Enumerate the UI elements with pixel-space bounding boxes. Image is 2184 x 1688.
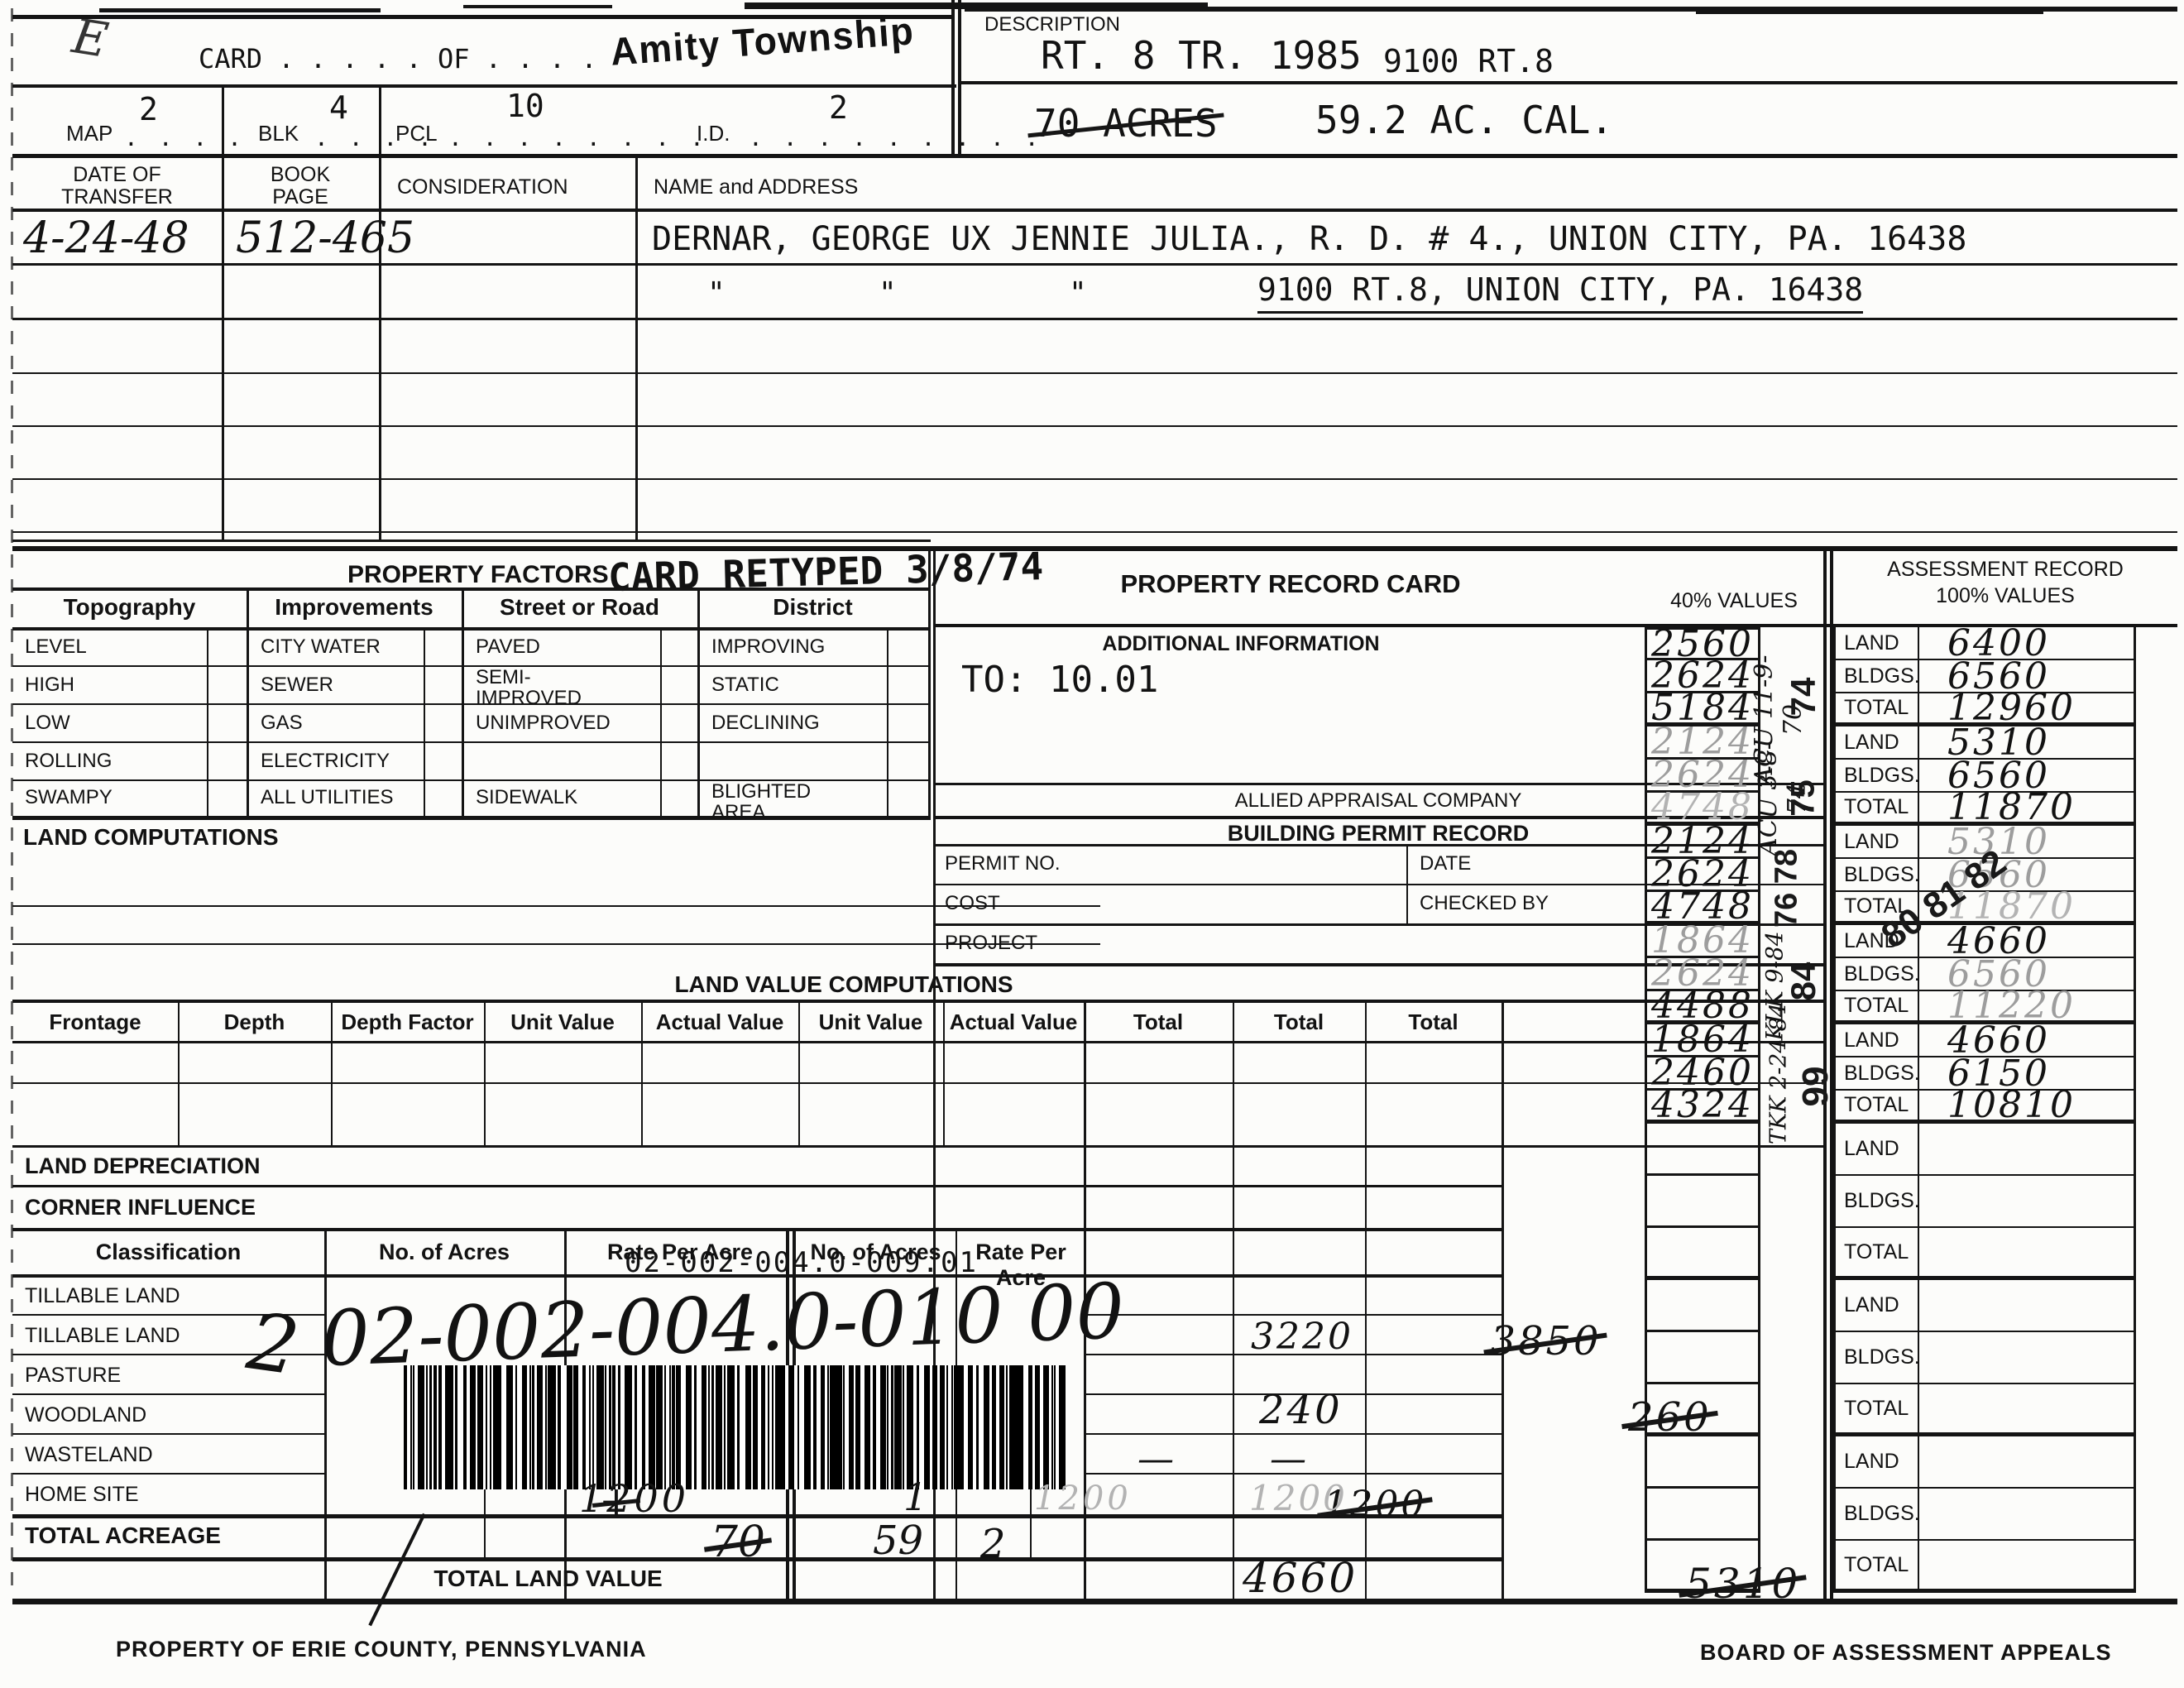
assessment-row: LAND — [1645, 1124, 2136, 1176]
pct40-cell: 4324 — [1645, 1091, 1760, 1124]
pct100-cell — [1919, 1280, 2136, 1332]
annotation-strip — [1760, 1436, 1833, 1489]
line — [928, 546, 931, 819]
assessment-row: TOTAL — [1645, 1384, 2136, 1436]
assessment-label: BLDGS. — [1833, 1489, 1919, 1541]
owner-name-address: DERNAR, GEORGE UX JENNIE JULIA., R. D. #… — [652, 220, 1966, 258]
line — [12, 15, 953, 19]
additional-info-label: ADDITIONAL INFORMATION — [951, 632, 1530, 656]
assessment-label: LAND — [1833, 1436, 1919, 1489]
blk-label: BLK — [258, 121, 299, 146]
line — [12, 154, 2177, 158]
pct100-cell — [1919, 1176, 2136, 1228]
label: LAND — [1844, 1450, 1899, 1474]
label: TOTAL — [1844, 1553, 1909, 1577]
assessment-label: TOTAL — [1833, 693, 1919, 727]
pct100-cell — [1919, 1489, 2136, 1541]
assessment-label: BLDGS. — [1833, 1057, 1919, 1091]
additional-info-value: TO: 10.01 — [961, 659, 1158, 701]
pct40-cell — [1645, 1541, 1760, 1593]
label: LAND — [1844, 631, 1899, 655]
label: TOTAL — [1844, 994, 1909, 1018]
line — [12, 1000, 1823, 1003]
acreage-old: 70 ACRES — [1034, 101, 1218, 146]
barcode — [404, 1365, 1066, 1489]
assessment-label: BLDGS. — [1833, 660, 1919, 693]
line — [12, 665, 931, 667]
line — [12, 1082, 1823, 1084]
line — [1501, 1000, 1504, 1600]
line — [12, 1599, 2177, 1604]
margin-annotation: TKK 2-24-84 — [1766, 1000, 1792, 1149]
assessment-record: 2560LAND6400 2624BLDGS.6560 5184TOTAL129… — [1645, 627, 2136, 1593]
assessment-label: LAND — [1833, 1280, 1919, 1332]
assessment-row: TOTAL — [1645, 1228, 2136, 1280]
cost-label: COST — [945, 892, 1000, 915]
assessment-row: BLDGS. — [1645, 1176, 2136, 1228]
col-date-of-transfer: DATE OF TRANSFER — [12, 164, 222, 209]
home-site-total-new: 1200 — [1249, 1478, 1348, 1518]
lvc-col: Frontage — [12, 1009, 178, 1035]
label: BLDGS. — [1844, 1189, 1920, 1213]
lvc-col: Total — [1233, 1009, 1365, 1035]
pct100-cell — [1919, 1228, 2136, 1280]
pct40-header: 40% VALUES — [1645, 589, 1823, 613]
factor-item: GAS — [261, 712, 303, 735]
line — [424, 627, 425, 819]
line — [12, 263, 2177, 266]
total-acreage-old: 70 — [711, 1518, 765, 1567]
factor-item: UNIMPROVED — [476, 712, 611, 735]
line — [12, 318, 2177, 320]
land-computations-label: LAND COMPUTATIONS — [23, 824, 279, 851]
corner-influence-label: CORNER INFLUENCE — [25, 1195, 256, 1220]
label: BLDGS. — [1844, 863, 1920, 887]
line — [12, 478, 2177, 480]
factors-col-street: Street or Road — [462, 594, 697, 621]
assessment-values-header: 100% VALUES — [1833, 584, 2177, 608]
assessment-row: 4324TOTAL10810 — [1645, 1091, 2136, 1124]
annotation-strip — [1760, 1176, 1833, 1228]
tillable2-total-old: 3850 — [1490, 1318, 1601, 1364]
line — [697, 587, 700, 819]
assessment-label: BLDGS. — [1833, 1332, 1919, 1384]
pct100-cell: 10810 — [1919, 1091, 2136, 1124]
pct40-cell — [1645, 1280, 1760, 1332]
pcl-value: 10 — [506, 88, 544, 124]
transfer-book-page: 512-465 — [236, 213, 414, 263]
line — [12, 1145, 1823, 1148]
description-suffix: 9100 RT.8 — [1383, 43, 1554, 79]
annotation-strip — [1760, 1384, 1833, 1436]
label: BLDGS. — [1844, 664, 1920, 688]
scan-artifact — [99, 8, 381, 12]
project-label: PROJECT — [945, 932, 1037, 955]
class-row-label: TOTAL ACREAGE — [25, 1523, 221, 1549]
pct100-value: 10810 — [1947, 1084, 2076, 1126]
owner-address-2: 9100 RT.8, UNION CITY, PA. 16438 — [1257, 271, 1863, 314]
pct40-cell — [1645, 1332, 1760, 1384]
total-land-value-label: TOTAL LAND VALUE — [12, 1566, 1084, 1592]
lvc-col: Unit Value — [798, 1009, 943, 1035]
pct40-cell — [1645, 1228, 1760, 1280]
line — [247, 587, 249, 819]
map-dots: . . . . — [124, 124, 245, 151]
label: TOTAL — [1844, 1240, 1909, 1264]
factor-item: ALL UTILITIES — [261, 786, 394, 809]
factor-item: BLIGHTED AREA — [711, 781, 860, 822]
blk-value: 4 — [329, 89, 348, 126]
line — [12, 703, 931, 705]
lvc-col: Depth — [178, 1009, 331, 1035]
factor-item: SEWER — [261, 674, 333, 697]
label: LAND — [1844, 1293, 1899, 1317]
transfer-date: 4-24-48 — [23, 213, 189, 263]
footer-left: PROPERTY OF ERIE COUNTY, PENNSYLVANIA — [116, 1637, 647, 1662]
scan-edge — [11, 8, 13, 1597]
wasteland-dash: — — [1137, 1438, 1174, 1480]
line — [12, 627, 931, 631]
card-retyped-stamp: CARD RETYPED 3/8/74 — [607, 544, 1043, 600]
factor-item: SWAMPY — [25, 786, 113, 809]
factor-item: ELECTRICITY — [261, 750, 390, 773]
checked-by-label: CHECKED BY — [1420, 892, 1549, 915]
scan-artifact — [463, 5, 612, 8]
class-row-label: PASTURE — [25, 1364, 121, 1388]
col-consideration: CONSIDERATION — [397, 175, 568, 199]
class-col: Classification — [12, 1240, 324, 1265]
lvc-col: Actual Value — [641, 1009, 798, 1035]
factors-col-topography: Topography — [12, 594, 247, 621]
record-card-title: PROPERTY RECORD CARD — [993, 569, 1588, 599]
factor-item: LEVEL — [25, 635, 87, 659]
label: BLDGS. — [1844, 1345, 1920, 1369]
factor-item: DECLINING — [711, 712, 820, 735]
assessment-row: LAND — [1645, 1280, 2136, 1332]
factor-item: STATIC — [711, 674, 779, 697]
assessment-label: TOTAL — [1833, 793, 1919, 826]
assessment-label: TOTAL — [1833, 1091, 1919, 1124]
line — [1233, 1000, 1234, 1600]
line — [12, 943, 1100, 945]
tillable2-total-new: 3220 — [1251, 1316, 1353, 1358]
pct100-cell — [1919, 1436, 2136, 1489]
line — [12, 1473, 324, 1475]
lvc-col: Total — [1084, 1009, 1233, 1035]
assessment-label: TOTAL — [1833, 991, 1919, 1024]
label: LAND — [1844, 1137, 1899, 1161]
class-row-label: WASTELAND — [25, 1443, 153, 1467]
line — [222, 86, 224, 539]
permit-date-label: DATE — [1420, 852, 1471, 875]
class-row-label: WOODLAND — [25, 1403, 146, 1427]
pct100-cell — [1919, 1332, 2136, 1384]
line — [635, 157, 638, 539]
assessment-label: LAND — [1833, 1124, 1919, 1176]
assessment-row: BLDGS. — [1645, 1332, 2136, 1384]
factor-item: PAVED — [476, 635, 540, 659]
pcl-label: PCL — [395, 121, 438, 146]
map-value: 2 — [139, 91, 158, 127]
assessment-row: BLDGS. — [1645, 1489, 2136, 1541]
class-col: No. of Acres — [324, 1240, 564, 1265]
total-land-value-new: 4660 — [1243, 1554, 1358, 1602]
land-depreciation-label: LAND DEPRECIATION — [25, 1153, 261, 1179]
home-site-rate: 1200 — [579, 1476, 689, 1521]
factors-col-district: District — [697, 594, 928, 621]
col-book-page: BOOK PAGE — [222, 164, 379, 209]
line — [12, 1185, 1501, 1187]
line — [12, 1228, 1501, 1231]
total-acreage-b: 2 — [980, 1521, 1006, 1567]
label: TOTAL — [1844, 1397, 1909, 1421]
total-acreage-a: 59 — [873, 1518, 923, 1564]
assessment-label: TOTAL — [1833, 1228, 1919, 1280]
lvc-col: Depth Factor — [331, 1009, 484, 1035]
pct100-cell — [1919, 1384, 2136, 1436]
assessment-label: LAND — [1833, 1024, 1919, 1057]
line — [12, 1433, 324, 1435]
line — [12, 546, 2177, 551]
assessment-record-header: ASSESSMENT RECORD — [1833, 558, 2177, 582]
home-site-acres-2: 1 — [903, 1475, 927, 1519]
assessment-label: LAND — [1833, 727, 1919, 760]
year-stamp: 75 — [1785, 774, 1822, 823]
year-stamp: 99 — [1795, 1062, 1837, 1111]
line — [1084, 1433, 1501, 1435]
assessment-label: TOTAL — [1833, 1384, 1919, 1436]
id-label: I.D. — [697, 121, 730, 146]
annotation-strip — [1760, 1489, 1833, 1541]
line — [379, 86, 381, 539]
line — [965, 7, 2177, 12]
lvc-col: Actual Value — [943, 1009, 1084, 1035]
col-name-address: NAME and ADDRESS — [654, 175, 858, 199]
pcl-dots: . . . . . . . . — [448, 124, 707, 151]
map-label: MAP — [66, 121, 113, 146]
line — [12, 84, 956, 88]
line — [961, 81, 2177, 84]
assessment-label: TOTAL — [1833, 1541, 1919, 1593]
factor-item: IMPROVING — [711, 635, 825, 659]
annotation-strip — [1760, 1280, 1833, 1332]
label: DATE OF — [73, 163, 160, 186]
acreage-calculated: 59.2 AC. CAL. — [1315, 98, 1613, 142]
factor-item: CITY WATER — [261, 635, 381, 659]
line — [12, 587, 931, 591]
factor-item: SIDEWALK — [476, 786, 577, 809]
card-of-label: CARD . . . . . OF . . . . — [199, 43, 597, 74]
year-stamp: 74 — [1784, 672, 1823, 722]
class-row-label: HOME SITE — [25, 1483, 139, 1507]
line — [660, 627, 662, 819]
line — [12, 741, 931, 743]
factor-item: SEMI-IMPROVED — [476, 667, 600, 708]
label: BOOK — [271, 163, 330, 186]
factor-item: LOW — [25, 712, 70, 735]
label: LAND — [1844, 830, 1899, 854]
annotation-strip — [1760, 1541, 1833, 1593]
pct40-cell — [1645, 1489, 1760, 1541]
class-row-label: TILLABLE LAND — [25, 1324, 180, 1348]
property-record-card-scan: E CARD . . . . . OF . . . . Amity Townsh… — [0, 0, 2184, 1688]
description-value: RT. 8 TR. 1985 — [1041, 33, 1362, 78]
lvc-col: Total — [1365, 1009, 1501, 1035]
line — [12, 905, 1100, 907]
label: TOTAL — [1844, 795, 1909, 819]
ditto-mark: " — [879, 276, 897, 310]
line — [207, 627, 208, 819]
line — [12, 539, 931, 542]
line — [12, 531, 2177, 533]
property-factors-title: PROPERTY FACTORS — [347, 561, 609, 589]
assessment-label: BLDGS. — [1833, 1176, 1919, 1228]
label: TOTAL — [1844, 696, 1909, 720]
assessment-row: LAND — [1645, 1436, 2136, 1489]
label: BLDGS. — [1844, 764, 1920, 788]
assessment-label: LAND — [1833, 826, 1919, 859]
footer-right: BOARD OF ASSESSMENT APPEALS — [1700, 1640, 2112, 1666]
pct40-cell — [1645, 1124, 1760, 1176]
annotation-strip — [1760, 1332, 1833, 1384]
lvc-col: Unit Value — [484, 1009, 641, 1035]
assessment-label: BLDGS. — [1833, 760, 1919, 793]
line — [12, 209, 2177, 212]
label: LAND — [1844, 1029, 1899, 1053]
id-value: 2 — [829, 89, 848, 126]
pct40-cell — [1645, 1176, 1760, 1228]
label: LAND — [1844, 731, 1899, 755]
label: TRANSFER — [61, 185, 173, 209]
assessment-label: BLDGS. — [1833, 859, 1919, 892]
pct40-value: 4324 — [1651, 1084, 1754, 1126]
assessment-label: BLDGS. — [1833, 958, 1919, 991]
class-row-label: TILLABLE LAND — [25, 1284, 180, 1308]
wasteland-dash: — — [1270, 1438, 1306, 1480]
line — [887, 627, 888, 819]
pct40-cell — [1645, 1384, 1760, 1436]
lvc-title: LAND VALUE COMPUTATIONS — [662, 971, 1026, 998]
label: TOTAL — [1844, 1093, 1909, 1117]
line — [12, 425, 2177, 427]
line — [12, 1041, 1823, 1043]
pct100-cell — [1919, 1124, 2136, 1176]
pct100-cell — [1919, 1541, 2136, 1593]
line — [324, 1228, 327, 1600]
ditto-mark: " — [1069, 276, 1087, 310]
permit-no-label: PERMIT NO. — [945, 852, 1061, 875]
factor-item: ROLLING — [25, 750, 112, 773]
tillable-acres-mark: 2 — [242, 1296, 304, 1393]
assessment-row: TOTAL — [1645, 1541, 2136, 1593]
factors-col-improvements: Improvements — [247, 594, 462, 621]
home-site-rate-2: 1200 — [1034, 1479, 1132, 1518]
label: PAGE — [272, 185, 328, 209]
pct40-cell — [1645, 1436, 1760, 1489]
line — [12, 372, 2177, 374]
label: BLDGS. — [1844, 1062, 1920, 1086]
id-dots: . . . . . . . . . — [749, 124, 1042, 151]
line — [12, 1393, 324, 1395]
assessment-label: LAND — [1833, 627, 1919, 660]
label: BLDGS. — [1844, 1502, 1920, 1526]
line — [462, 587, 464, 819]
line — [1406, 844, 1408, 923]
factor-item: HIGH — [25, 674, 74, 697]
woodland-total-new: 240 — [1259, 1387, 1343, 1433]
annotation-strip — [1760, 1228, 1833, 1280]
ditto-mark: " — [707, 276, 726, 310]
